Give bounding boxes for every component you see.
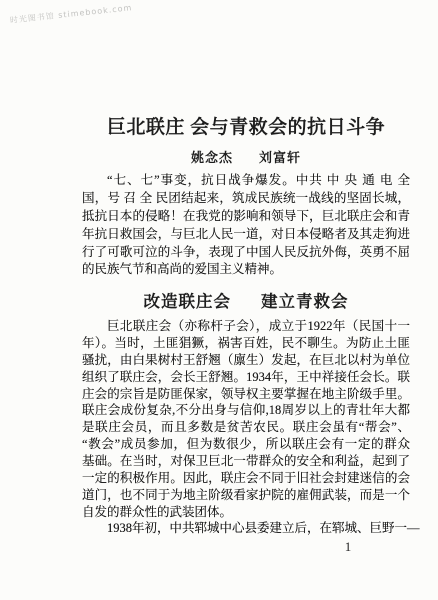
text-line: “七、七”事变，抗日战争爆发。中共 中 央 通 电 全 [82,172,410,190]
section-heading-part1: 改造联庄会 [144,292,232,311]
paragraph-intro: “七、七”事变，抗日战争爆发。中共 中 央 通 电 全国，号 召 全 民团结起来… [82,172,410,279]
text-line: 巨北联庄会（亦称杆子会），成立于1922年（民国十一 [82,318,410,335]
text-line: 组织了联庄会，会长王舒翘。1934年，王中祥接任会长。联 [82,369,410,386]
text-line: 抵抗日本的侵略！在我党的影响和领导下，巨北联庄会和青 [82,208,410,226]
text-line: 联庄会成份复杂,不分出身与信仰,18周岁以上的青壮年大都 [82,402,410,419]
text-line: 是联庄会员，而且多数是贫苦农民。联庄会虽有“帮会”、 [82,419,410,436]
watermark-text: 时光图书馆 stimebook.com [9,2,132,26]
scanned-book-page: 时光图书馆 stimebook.com 巨北联庄 会与青救会的抗日斗争 姚念杰刘… [0,0,438,600]
text-line: 自发的群众性的武装团体。 [82,504,410,521]
authors-line: 姚念杰刘富轩 [82,147,410,166]
text-line: 骚扰，由白果树村王舒翘（廪生）发起，在巨北以村为单位 [82,352,410,369]
text-line: “教会”成员参加，但为数很少，所以联庄会有一定的群众 [82,436,410,453]
author-2: 刘富轩 [259,150,301,165]
text-line: 年）。当时，土匪猖獗，祸害百姓，民不聊生。为防止土匪 [82,335,410,352]
text-line: 道门，也不同于为地主阶级看家护院的雇佣武装，而是一个 [82,487,410,504]
text-line: 1938年初，中共郓城中心县委建立后，在郓城、巨野一— [82,520,410,537]
paragraph-continuation: 1938年初，中共郓城中心县委建立后，在郓城、巨野一— [82,520,410,537]
text-line: 国，号 召 全 民团结起来，筑成民族统一战线的坚固长城， [82,190,410,208]
text-line: 行了可歌可泣的斗争，表现了中国人民反抗外侮，英勇不屈 [82,244,410,262]
paragraph-history: 巨北联庄会（亦称杆子会），成立于1922年（民国十一年）。当时，土匪猖獗，祸害百… [82,318,410,521]
text-line: 的民族气节和高尚的爱国主义精神。 [82,261,410,279]
article-title: 巨北联庄 会与青救会的抗日斗争 [82,112,410,139]
text-line: 一定的积极作用。因此，联庄会不同于旧社会封建迷信的会 [82,470,410,487]
page-number: 1 [338,539,358,555]
section-heading: 改造联庄会建立青救会 [82,288,410,312]
text-line: 基础。在当时，对保卫巨北一带群众的安全和利益，起到了 [82,453,410,470]
text-line: 年抗日救国会，与巨北人民一道，对日本侵略者及其走狗进 [82,226,410,244]
author-1: 姚念杰 [191,150,233,165]
text-line: 庄会的宗旨是防匪保家，领导权主要掌握在地主阶级手里。 [82,386,410,403]
section-heading-part2: 建立青救会 [261,292,349,311]
